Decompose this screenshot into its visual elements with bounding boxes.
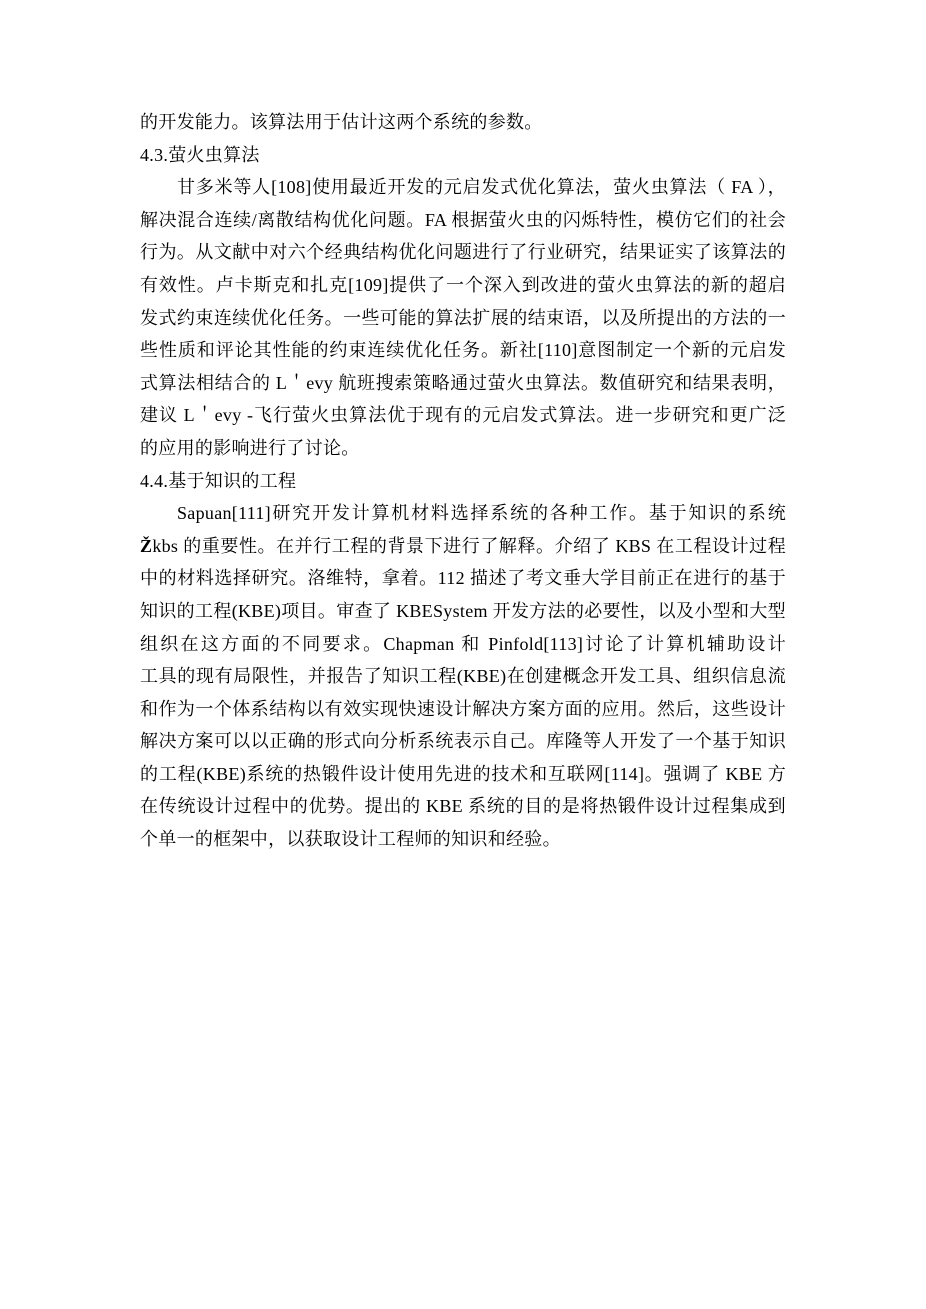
text-line: 知识的工程(KBE)项目。审查了 KBESystem 开发方法的必要性，以及小型… xyxy=(140,595,786,628)
section-heading: 4.3.萤火虫算法 xyxy=(140,139,786,172)
text-line: 式算法相结合的 L＇evy 航班搜索策略通过萤火虫算法。数值研究和结果表明， xyxy=(140,367,786,400)
section-heading: 4.4.基于知识的工程 xyxy=(140,465,786,498)
text-line: 的工程(KBE)系统的热锻件设计使用先进的技术和互联网[114]。强调了 KBE… xyxy=(140,758,786,791)
text-line: 和作为一个体系结构以有效实现快速设计解决方案方面的应用。然后，这些设计 xyxy=(140,693,786,726)
text-line: 发式约束连续优化任务。一些可能的算法扩展的结束语，以及所提出的方法的一 xyxy=(140,302,786,335)
text-line: 有效性。卢卡斯克和扎克[109]提供了一个深入到改进的萤火虫算法的新的超启 xyxy=(140,269,786,302)
document-text-block: 的开发能力。该算法用于估计这两个系统的参数。4.3.萤火虫算法甘多米等人[108… xyxy=(140,106,786,856)
text-line: 解决方案可以以正确的形式向分析系统表示自己。库隆等人开发了一个基于知识 xyxy=(140,725,786,758)
text-line: 些性质和评论其性能的约束连续优化任务。新社[110]意图制定一个新的元启发 xyxy=(140,334,786,367)
text-line: 在传统设计过程中的优势。提出的 KBE 系统的目的是将热锻件设计过程集成到一 xyxy=(140,790,786,823)
text-line: 组织在这方面的不同要求。Chapman 和 Pinfold[113]讨论了计算机… xyxy=(140,628,786,661)
text-line: 个单一的框架中，以获取设计工程师的知识和经验。 xyxy=(140,823,786,856)
text-line: Žkbs 的重要性。在并行工程的背景下进行了解释。介绍了 KBS 在工程设计过程 xyxy=(140,530,786,563)
text-line: 解决混合连续/离散结构优化问题。FA 根据萤火虫的闪烁特性，模仿它们的社会 xyxy=(140,204,786,237)
text-line: 建议 L＇evy -飞行萤火虫算法优于现有的元启发式算法。进一步研究和更广泛 xyxy=(140,399,786,432)
text-line: 甘多米等人[108]使用最近开发的元启发式优化算法，萤火虫算法（ FA ）， xyxy=(140,171,786,204)
text-line: 的开发能力。该算法用于估计这两个系统的参数。 xyxy=(140,106,786,139)
text-line: 的应用的影响进行了讨论。 xyxy=(140,432,786,465)
document-page: 的开发能力。该算法用于估计这两个系统的参数。4.3.萤火虫算法甘多米等人[108… xyxy=(0,0,926,1309)
text-line: 中的材料选择研究。洛维特，拿着。112 描述了考文垂大学目前正在进行的基于 xyxy=(140,562,786,595)
text-line: 行为。从文献中对六个经典结构优化问题进行了行业研究，结果证实了该算法的 xyxy=(140,236,786,269)
text-line: Sapuan[111]研究开发计算机材料选择系统的各种工作。基于知识的系统 xyxy=(140,497,786,530)
text-line: 工具的现有局限性，并报告了知识工程(KBE)在创建概念开发工具、组织信息流 xyxy=(140,660,786,693)
